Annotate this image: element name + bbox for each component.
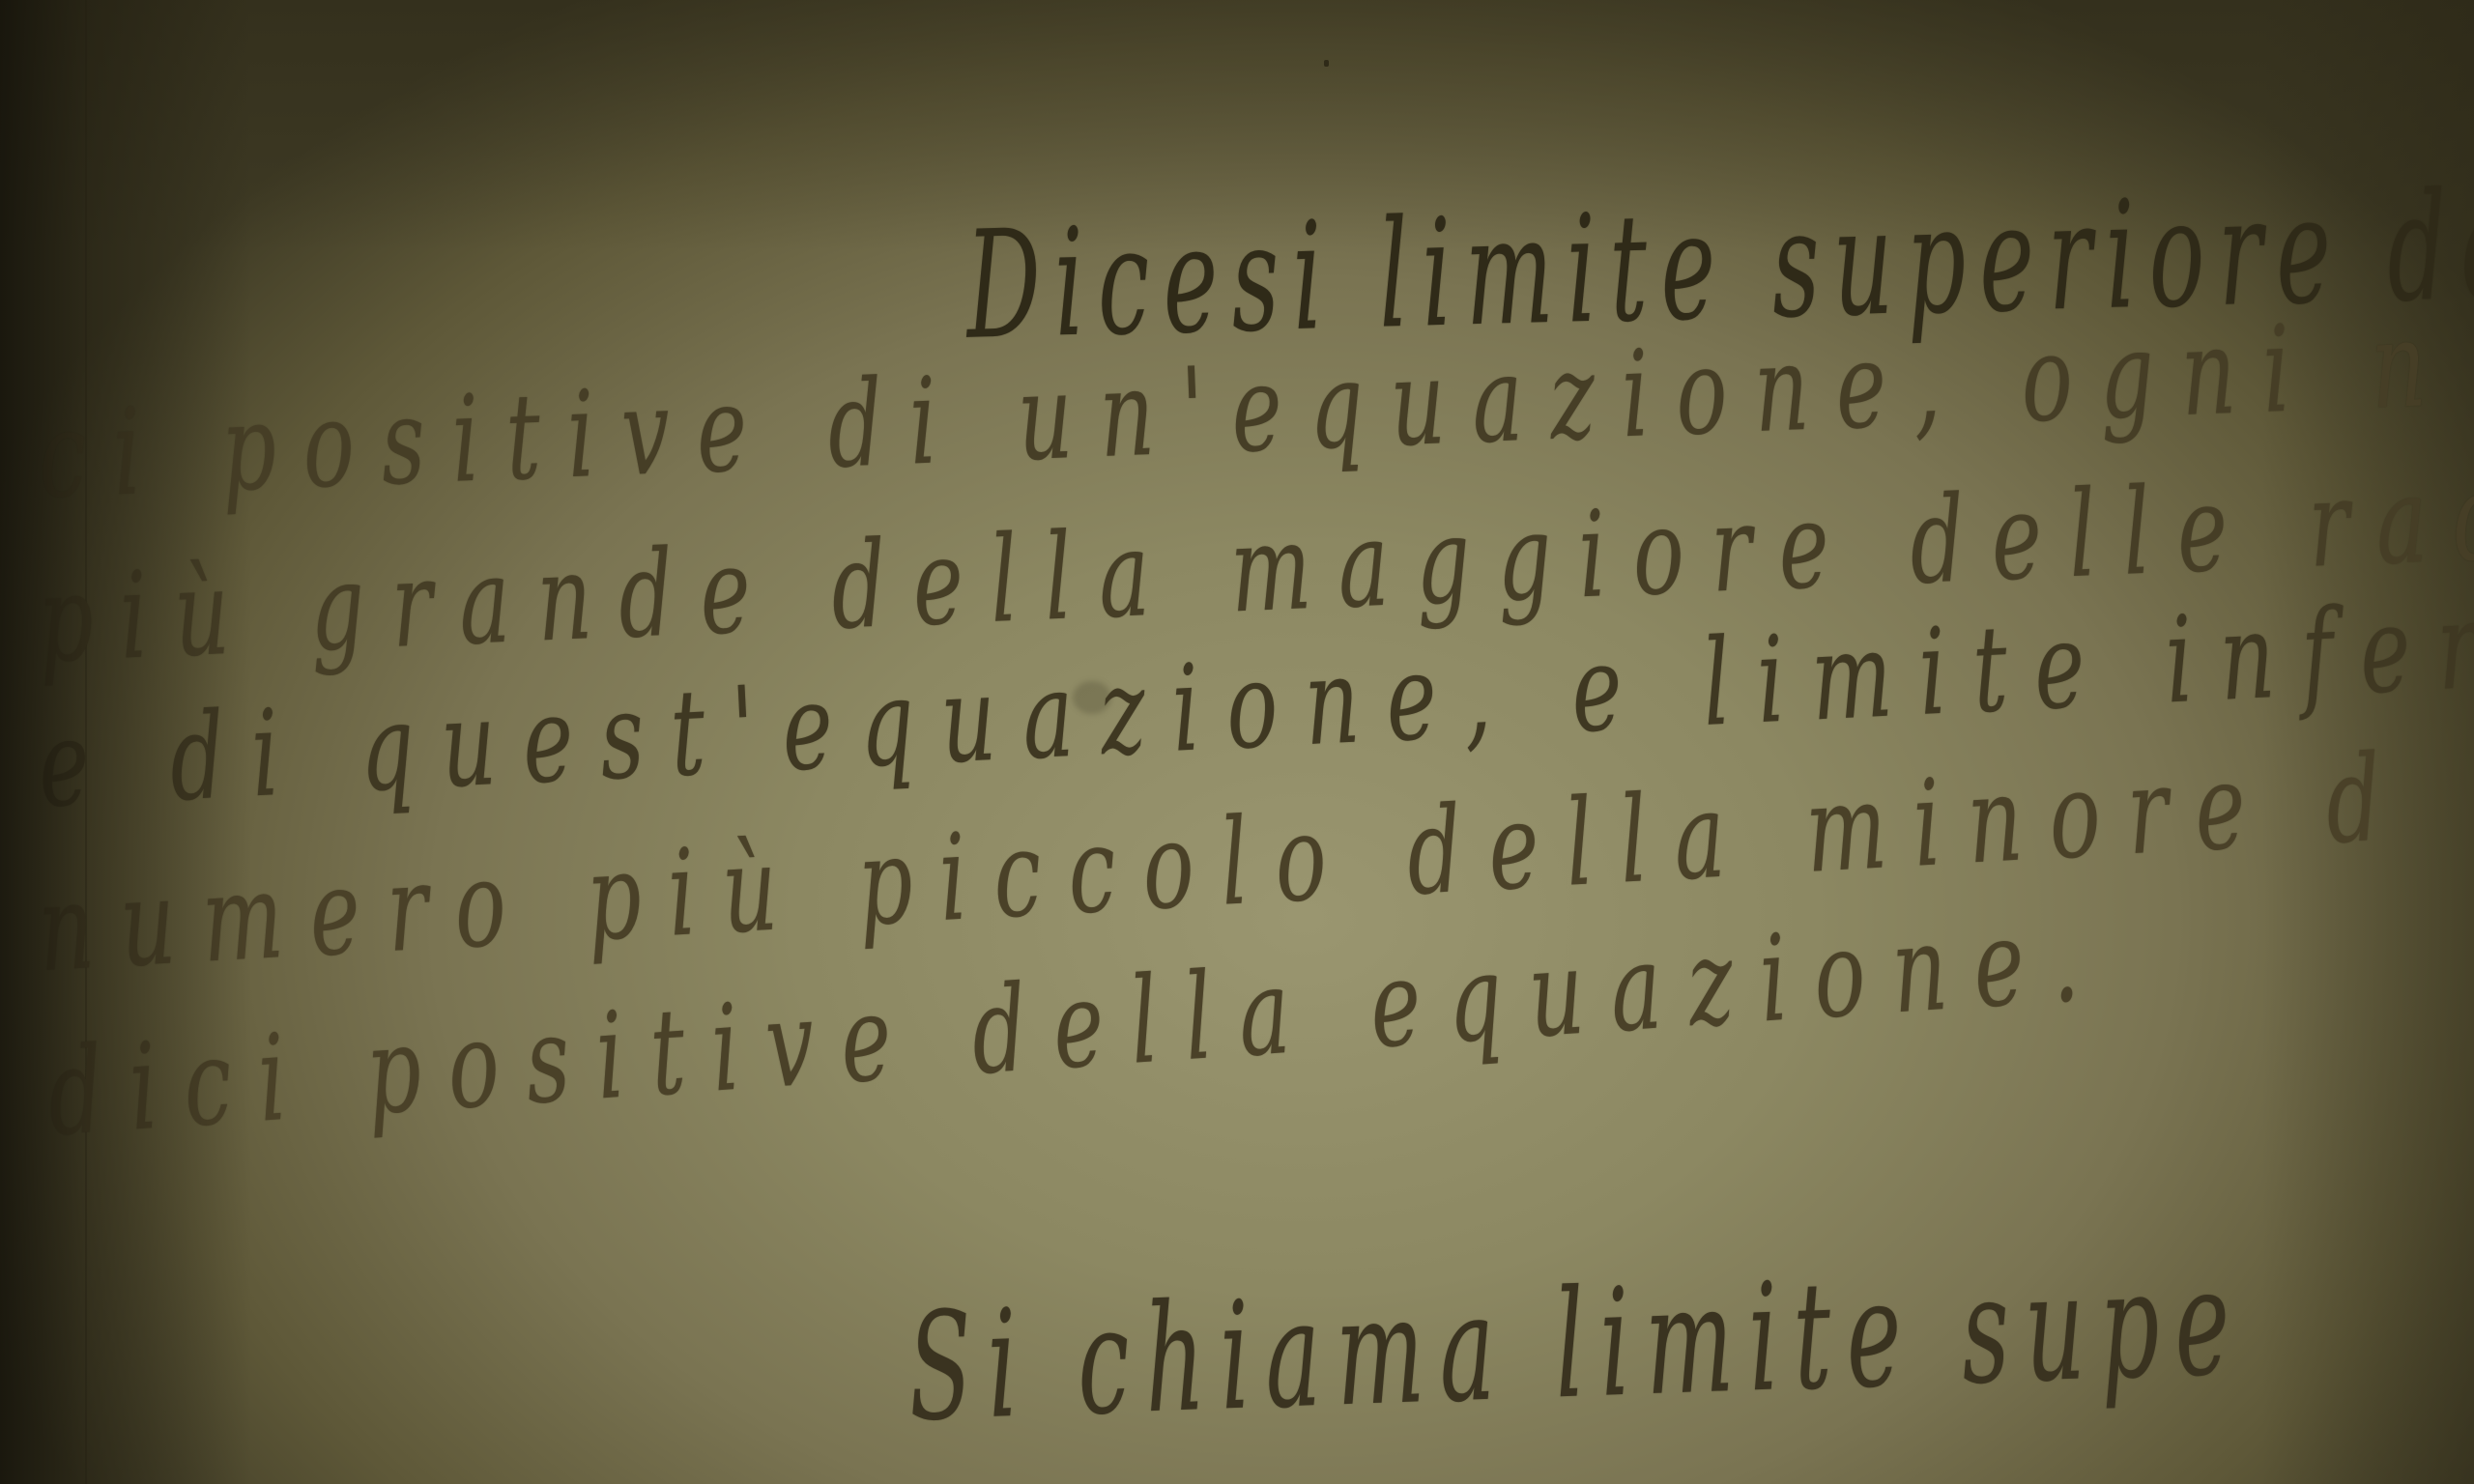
handwritten-line-7: Si chiama limite supe [906,1235,2248,1454]
ink-dot-mark [1324,60,1329,67]
manuscript-page: Dicesi limite superiore dell ci positive… [0,0,2474,1484]
